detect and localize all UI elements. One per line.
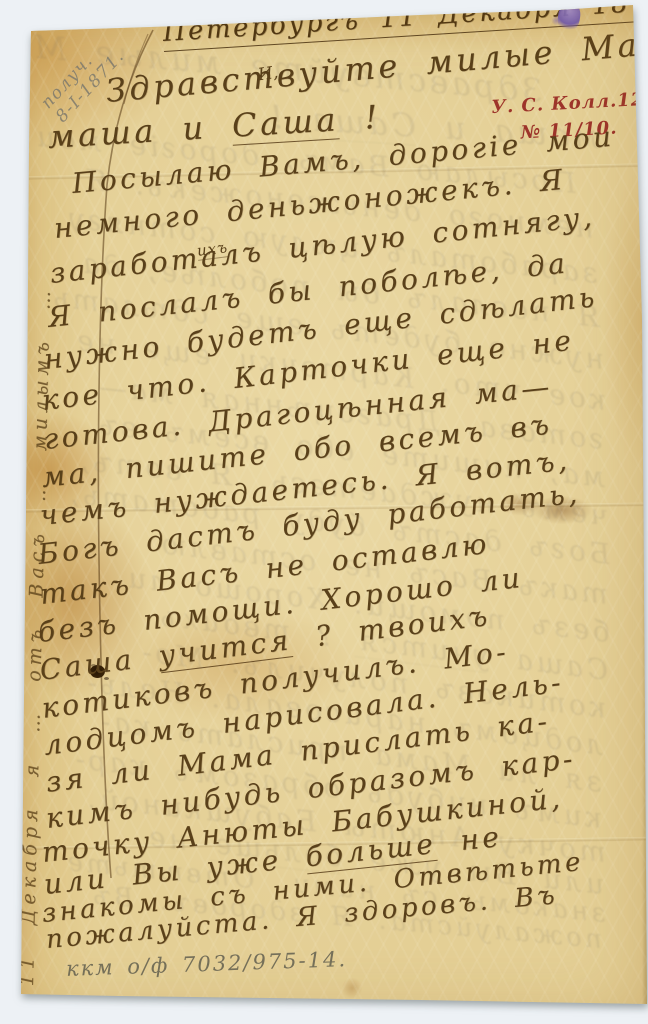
- purple-stamp-blot: [556, 0, 582, 33]
- letter-paper: Здравствуйте милые Ма-маша и Саша !Посыл…: [0, 0, 648, 1024]
- archival-number: ккм о/ф 7032/975-14.: [66, 947, 348, 981]
- scan-background: Здравствуйте милые Ма-маша и Саша !Посыл…: [0, 0, 648, 1024]
- inserted-word: ихъ: [196, 238, 229, 261]
